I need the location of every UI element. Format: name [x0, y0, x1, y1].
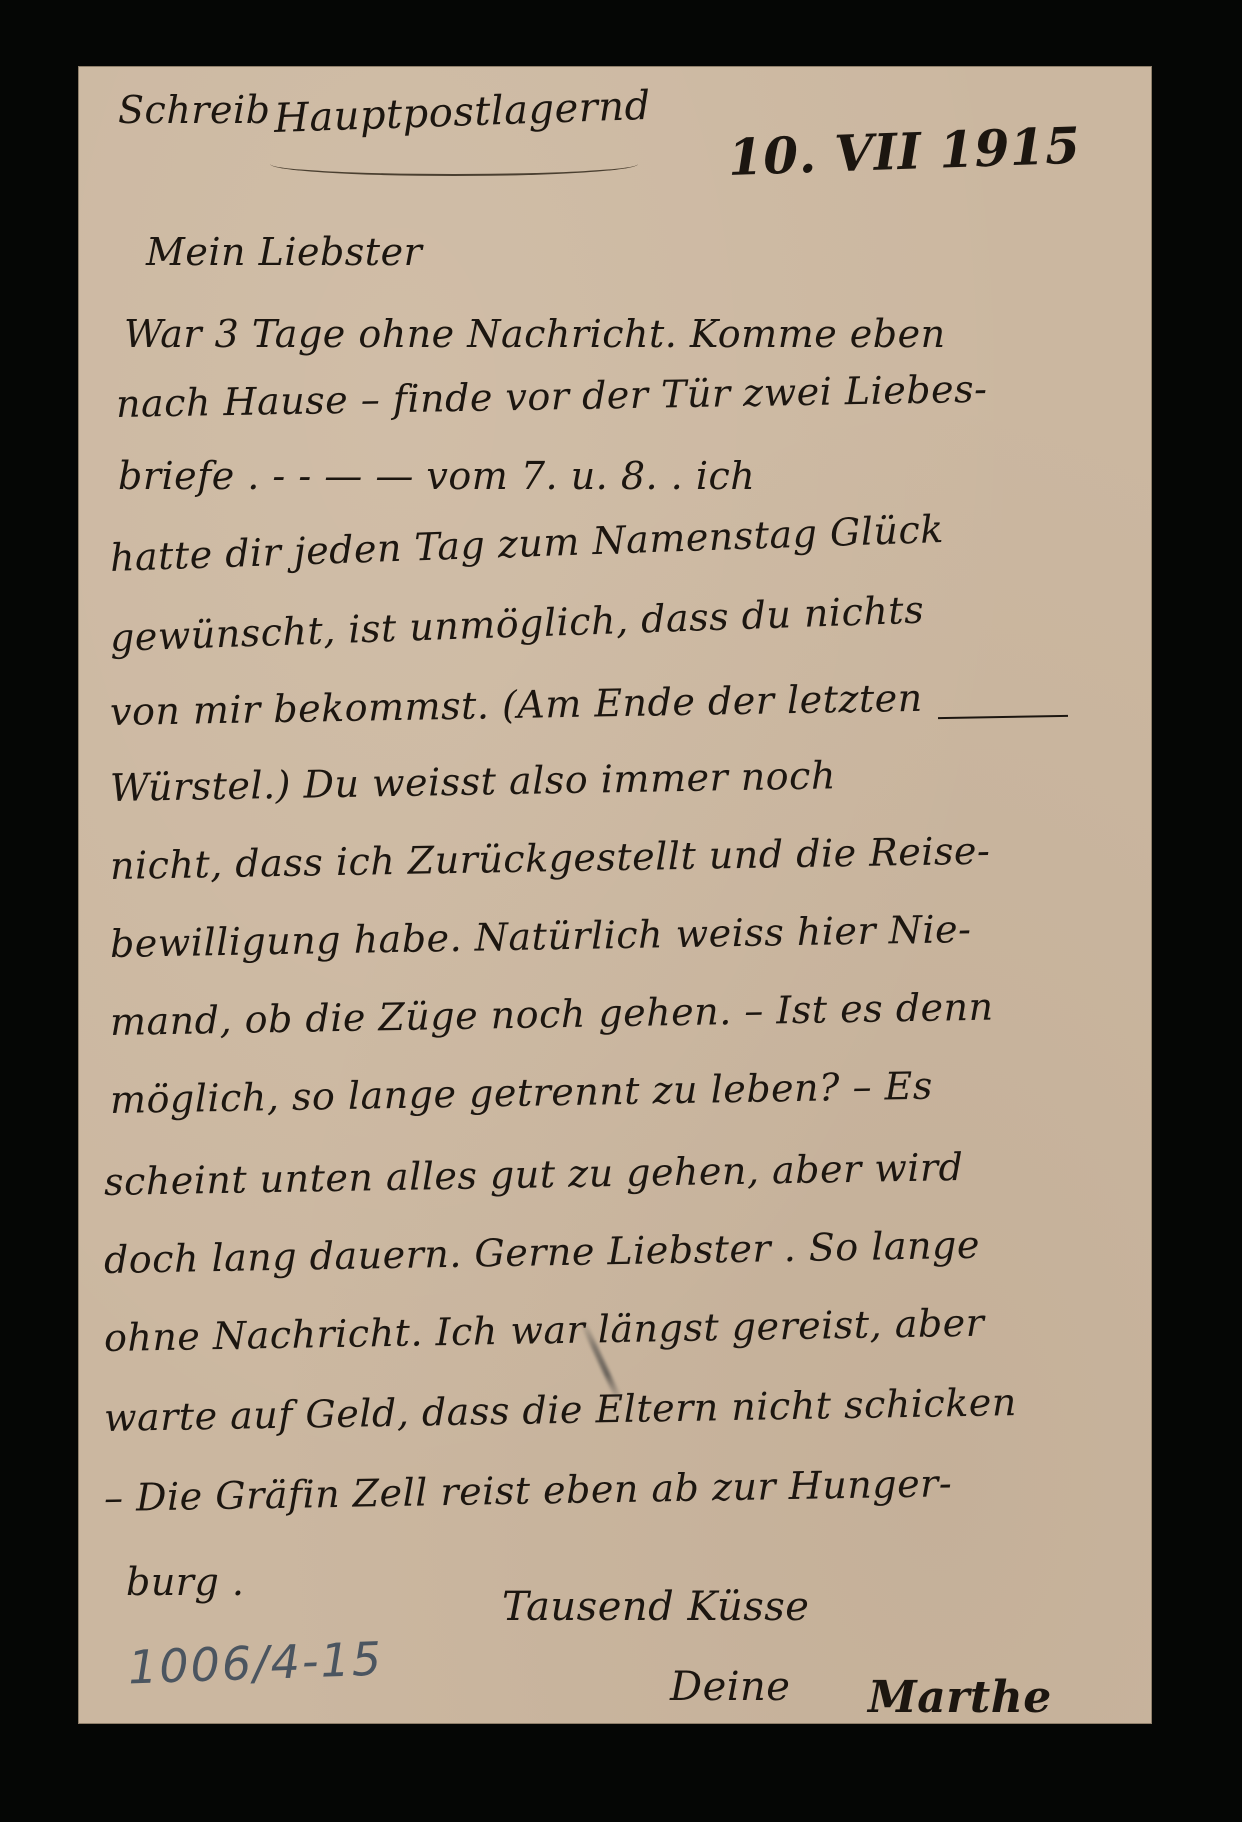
postcard: Schreib Hauptpostlagernd 10. VII 1915 Me… [78, 66, 1152, 1724]
letter-line: ohne Nachricht. Ich war längst gereist, … [104, 1301, 985, 1360]
letter-line: bewilligung habe. Natürlich weiss hier N… [110, 907, 972, 966]
salutation: Mein Liebster [146, 230, 422, 274]
letter-line: hatte dir jeden Tag zum Namenstag Glück [109, 507, 944, 580]
letter-line: von mir bekommst. (Am Ende der letzten [110, 676, 923, 734]
header-note: Schreib [118, 88, 270, 132]
letter-line: scheint unten alles gut zu gehen, aber w… [104, 1145, 964, 1204]
letter-line: warte auf Geld, dass die Eltern nicht sc… [104, 1380, 1017, 1440]
word-underline-nichts [938, 715, 1068, 719]
letter-line: möglich, so lange getrennt zu leben? – E… [110, 1064, 934, 1122]
letter-line: doch lang dauern. Gerne Liebster . So la… [104, 1223, 981, 1282]
letter-line: briefe . - - — — vom 7. u. 8. . ich [118, 454, 755, 498]
letter-line: gewünscht, ist unmöglich, dass du nichts [109, 588, 925, 660]
letter-line: mand, ob die Züge noch gehen. – Ist es d… [110, 985, 994, 1044]
signature-name: Marthe [868, 1672, 1052, 1723]
letter-line: burg . [126, 1560, 244, 1604]
header-note-underlined: Hauptpostlagernd [273, 83, 651, 142]
letter-line: – Die Gräfin Zell reist eben ab zur Hung… [104, 1461, 953, 1520]
letter-line: nicht, dass ich Zurückgestellt und die R… [110, 829, 991, 888]
letter-date: 10. VII 1915 [727, 116, 1081, 187]
letter-line: War 3 Tage ohne Nachricht. Komme eben [124, 312, 946, 356]
letter-line: nach Hause – finde vor der Tür zwei Lieb… [116, 367, 988, 426]
closing: Tausend Küsse [502, 1584, 809, 1630]
header-underline [270, 164, 638, 176]
archive-number: 1006/4-15 [127, 1632, 384, 1695]
letter-line: Würstel.) Du weisst also immer noch [110, 753, 837, 810]
signature-prefix: Deine [670, 1664, 790, 1710]
